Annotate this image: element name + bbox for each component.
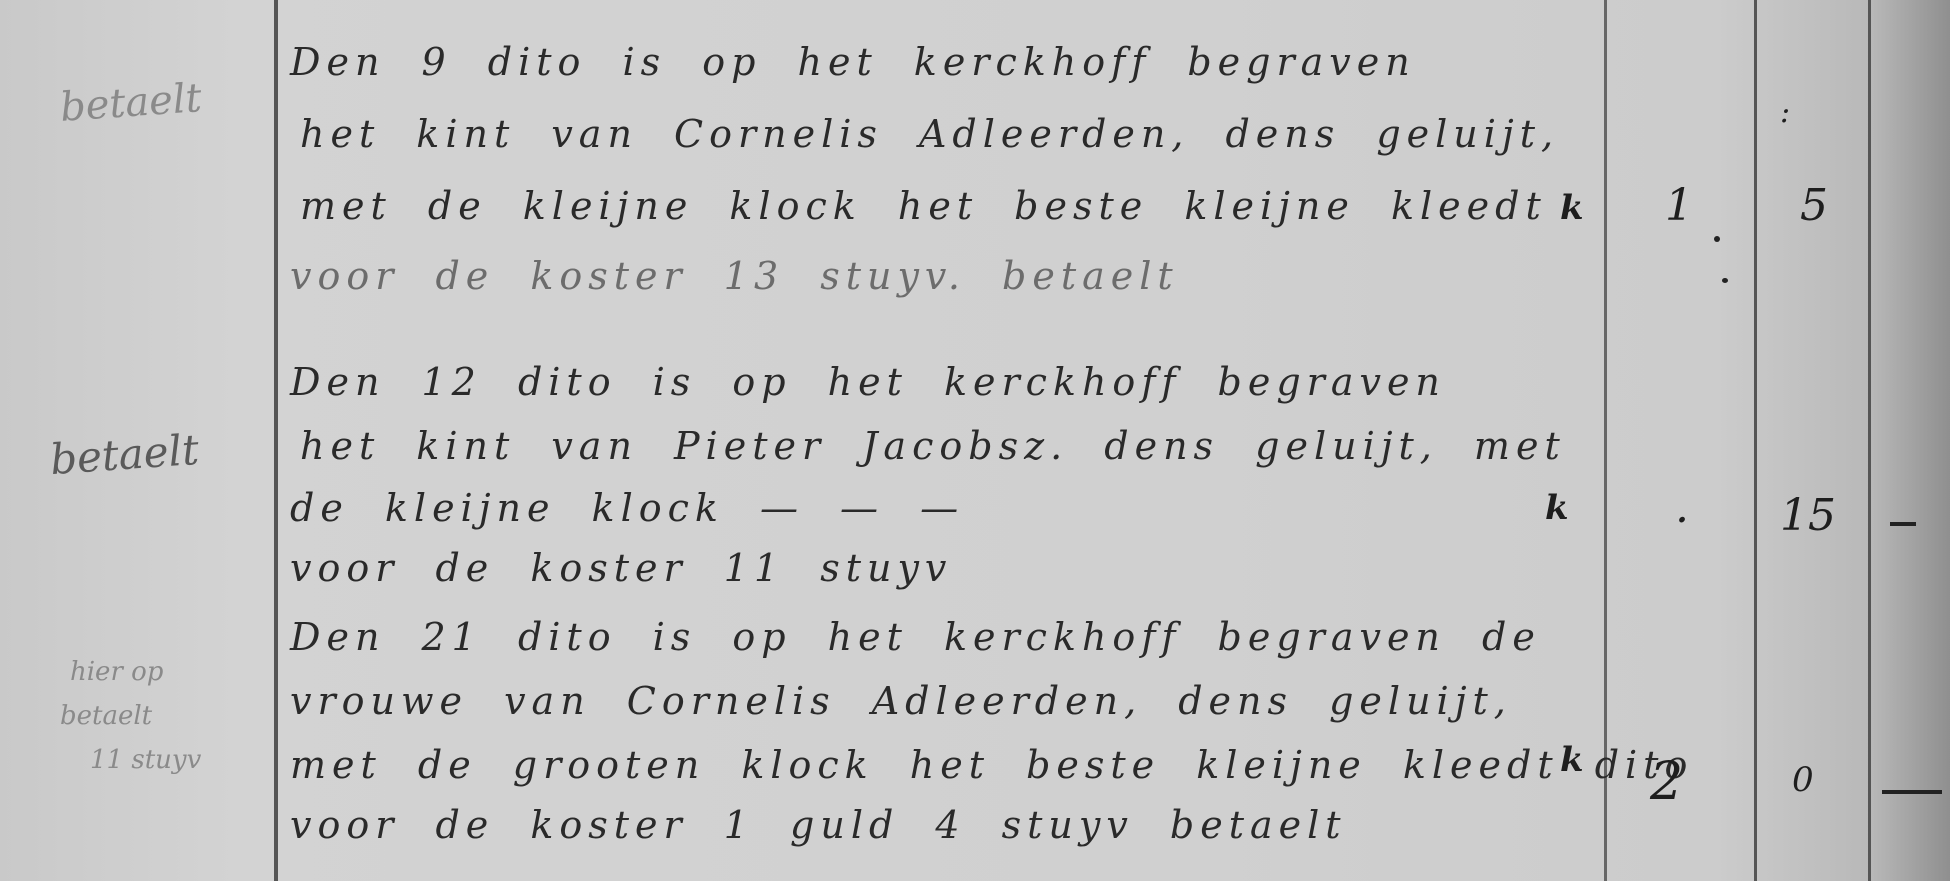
- margin-note-paid-3: hier op betaelt 11 stuyv: [60, 650, 201, 782]
- ink-dot: [1722, 278, 1728, 283]
- entry-line: voor de koster 13 stuyv. betaelt: [290, 254, 1179, 298]
- margin-note-paid-2: betaelt: [48, 425, 200, 484]
- ledger-page: betaelt betaelt hier op betaelt 11 stuyv…: [0, 0, 1950, 881]
- entry-line: voor de koster 11 stuyv: [290, 546, 952, 590]
- entry-marker-k: k: [1560, 740, 1584, 780]
- entry-line: met de kleijne klock het beste kleijne k…: [300, 184, 1547, 228]
- amount-guilders: .: [1675, 482, 1689, 533]
- amount-penningen-dash: [1882, 790, 1942, 794]
- entry-line: Den 21 dito is op het kerckhoff begraven…: [290, 615, 1541, 659]
- left-margin-rule: [274, 0, 278, 881]
- amount-stuivers: 15: [1780, 490, 1836, 541]
- margin-note-paid-1: betaelt: [59, 75, 204, 131]
- stuiver-column-rule: [1868, 0, 1871, 881]
- partial-next-entry: [290, 862, 1590, 881]
- entry-line: Den 12 dito is op het kerckhoff begraven: [290, 360, 1446, 404]
- entry-line: met de grooten klock het beste kleijne k…: [290, 743, 1693, 787]
- amount-stuivers: 0: [1792, 760, 1814, 800]
- entry-line: het kint van Cornelis Adleerden, dens ge…: [300, 112, 1559, 156]
- guilder-column-rule: [1754, 0, 1757, 881]
- extra-mark: :: [1780, 95, 1790, 130]
- ink-dot: [1714, 236, 1720, 242]
- margin-note-line: betaelt: [60, 694, 201, 738]
- entry-line: vrouwe van Cornelis Adleerden, dens gelu…: [290, 679, 1512, 723]
- amount-stuivers: 5: [1800, 180, 1828, 231]
- entry-marker-k: k: [1545, 488, 1569, 528]
- margin-note-line: hier op: [60, 650, 201, 694]
- entry-line: het kint van Pieter Jacobsz. dens geluij…: [300, 424, 1566, 468]
- amount-guilders: 1: [1665, 180, 1693, 231]
- entry-line: Den 9 dito is op het kerckhoff begraven: [290, 40, 1416, 84]
- margin-note-line: 11 stuyv: [60, 738, 201, 782]
- entry-line: de kleijne klock — — —: [290, 486, 964, 530]
- amount-penningen-dash: [1890, 522, 1916, 526]
- entry-line: voor de koster 1 guld 4 stuyv betaelt: [290, 803, 1347, 847]
- entry-marker-k: k: [1560, 188, 1584, 228]
- amount-guilders: 2: [1650, 752, 1683, 812]
